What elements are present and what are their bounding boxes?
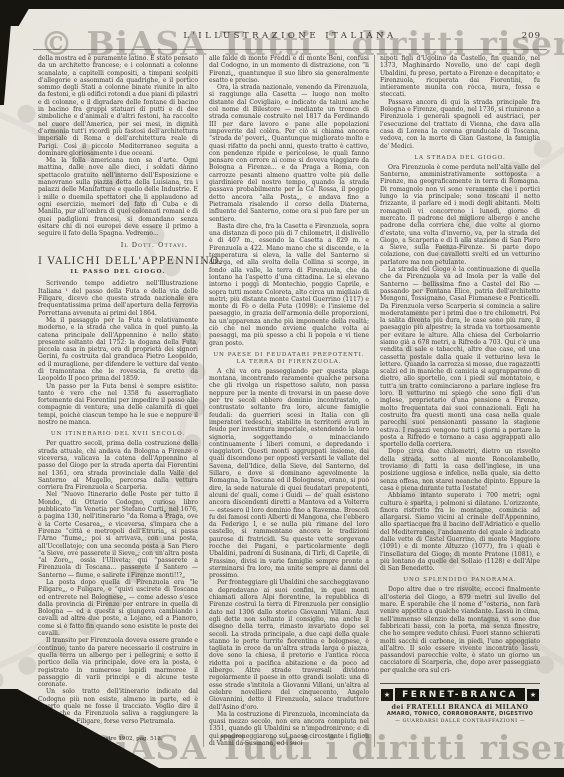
article-body: Scrivendo tempo addietro nell'Illustrazi… (38, 280, 198, 426)
publication-title: L'ILLUSTRAZIONE ITALIANA (33, 31, 547, 41)
paragraph: Ora, la strada nazionale, venendo da Fir… (209, 84, 369, 223)
section-heading: UNO SPLENDIDO PANORAMA. (380, 577, 540, 583)
ad-maker-line: dei FRATELLI BRANCA di MILANO (380, 703, 540, 711)
paragraph: Ora Firenzuola è come perduta nell'alta … (380, 164, 540, 266)
paragraph: Per fronteggiare gli Ubaldini che sacche… (209, 579, 369, 710)
column-center: alle falde di monte Freddi e di monte Be… (203, 55, 374, 747)
author-signature: Il Dott. Ottavi. (38, 241, 188, 249)
article-body: A chi va ora passeggiando per questa pla… (209, 368, 369, 747)
section-heading: UN PAESE DI FEUDATARI PREPOTENTI. (209, 352, 369, 358)
ad-brand-name: FERNET-BRANCA (395, 688, 525, 701)
ad-brand-bar: ★ FERNET-BRANCA ★ (381, 688, 539, 701)
intro-article-end: della mostra ed è puramente latino. È st… (38, 55, 198, 237)
paragraph: La posta dopo quella di Firenzuola era “… (38, 579, 198, 637)
star-ornament-icon: ★ (527, 689, 539, 701)
scanned-magazine-page: © BiASA Tutti i diritti riservati L'ILLU… (0, 0, 564, 777)
article-body: Ora Firenzuola è come perduta nell'alta … (380, 164, 540, 573)
article-body: alle falde di monte Freddi e di monte Be… (209, 55, 369, 347)
star-ornament-icon: ★ (381, 689, 393, 701)
column-right: nipoti figli d'Ugolino da Castello, fin … (374, 55, 545, 747)
ad-description-line: AMARO, TONICO, CORROBORANTE, DIGESTIVO (380, 711, 540, 717)
page-header: L'ILLUSTRAZIONE ITALIANA 209 (33, 31, 547, 41)
article-body: nipoti figli d'Ugolino da Castello, fin … (380, 55, 540, 150)
article-title: I VALICHI DELL'APPENNINO. (38, 256, 198, 267)
paragraph: Ma la costruzione di Firenzuola, incomin… (209, 711, 369, 747)
paragraph: Un passo per la Futa bensì è sempre esis… (38, 383, 198, 427)
article-subtitle: IL PASSO DEL GIOGO. (38, 269, 198, 275)
paragraph: Abbiamo intanto superato i 700 metri; og… (380, 492, 540, 572)
paragraph: Il transito per Firenzuola doveva essere… (38, 637, 198, 688)
article-body: Dopo altre due o tre risvolte, eccoci fi… (380, 586, 540, 674)
paragraph: Nel “Nuovo Itinerario delle Poste per tu… (38, 491, 198, 579)
section-heading: LA TERRA DI FIRENZUOLA. (209, 359, 369, 365)
column-left: della mostra ed è puramente latino. È st… (33, 55, 203, 747)
paragraph: Per quattro secoli, prima della costruzi… (38, 440, 198, 491)
paragraph: alle falde di monte Freddi e di monte Be… (209, 55, 369, 84)
paragraph: Ma la folla americana non sa d'arte. Ogn… (38, 157, 198, 237)
paragraph: Ma il passaggio per la Futa è relativame… (38, 317, 198, 383)
paragraph: Scrivendo tempo addietro nell'Illustrazi… (38, 280, 198, 316)
paragraph: nipoti figli d'Ugolino da Castello, fin … (380, 55, 540, 99)
article-body: Per quattro secoli, prima della costruzi… (38, 440, 198, 725)
section-heading: LA STRADA DEL GIOGO. (380, 155, 540, 161)
paragraph: Dopo circa due chilometri, dietro un ris… (380, 448, 540, 492)
paragraph: A chi va ora passeggiando per questa pla… (209, 368, 369, 580)
fernet-branca-ad: ★ FERNET-BRANCA ★ dei FRATELLI BRANCA di… (380, 683, 540, 724)
paragraph: Basta dire che, fra la Casetta e Firenzu… (209, 223, 369, 347)
paragraph: La strada del Giogo è la continuazione d… (380, 266, 540, 448)
scan-edge-left (0, 0, 13, 105)
ad-warning-line: — GUARDARSI DALLE CONTRAFFAZIONI — (380, 718, 540, 724)
paragraph: della mostra ed è puramente latino. È st… (38, 55, 198, 157)
paragraph: Passava ancora di qui la strada principa… (380, 99, 540, 150)
section-heading: UN ITINERARIO DEL XVII SECOLO. (38, 431, 198, 437)
header-divider (33, 49, 547, 50)
text-columns: della mostra ed è puramente latino. È st… (33, 55, 547, 747)
paragraph: Dopo altre due o tre risvolte, eccoci fi… (380, 586, 540, 674)
scan-edge-top (0, 0, 564, 9)
page-number: 209 (522, 31, 541, 41)
